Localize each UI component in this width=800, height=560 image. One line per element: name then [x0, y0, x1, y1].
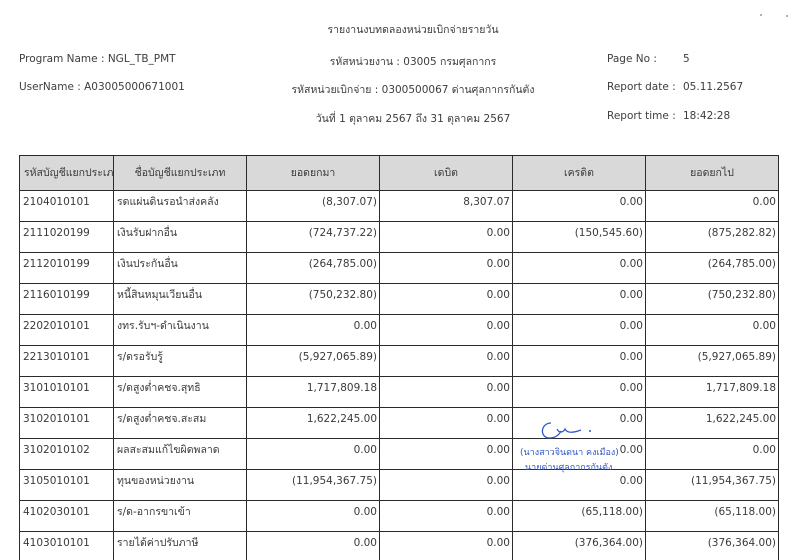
cell-account-code: 2213010101 — [20, 346, 114, 377]
agency-line: รหัสหน่วยงาน : 03005 กรมศุลกากร — [330, 53, 497, 70]
cell-account-name: หนี้สินหมุนเวียนอื่น — [114, 284, 247, 315]
table-row: 2116010199หนี้สินหมุนเวียนอื่น(750,232.8… — [20, 284, 779, 315]
cell-account-code: 3101010101 — [20, 377, 114, 408]
scan-speck — [760, 14, 762, 16]
cell-account-name: ร/ดรอรับรู้ — [114, 346, 247, 377]
table-row: 2112010199เงินประกันอื่น(264,785.00)0.00… — [20, 253, 779, 284]
report-time-value: 18:42:28 — [683, 110, 730, 122]
cell-account-code: 3102010102 — [20, 439, 114, 470]
cell-debit: 0.00 — [380, 408, 513, 439]
cell-debit: 0.00 — [380, 253, 513, 284]
cell-opening-balance: 0.00 — [247, 439, 380, 470]
cell-closing-balance: (65,118.00) — [646, 501, 779, 532]
cell-opening-balance: (264,785.00) — [247, 253, 380, 284]
cell-closing-balance: (5,927,065.89) — [646, 346, 779, 377]
cell-debit: 0.00 — [380, 377, 513, 408]
cell-credit: (150,545.60) — [513, 222, 646, 253]
cell-account-code: 4102030101 — [20, 501, 114, 532]
cell-closing-balance: (875,282.82) — [646, 222, 779, 253]
cell-credit: 0.00 — [513, 439, 646, 470]
cell-account-name: รดแผ่นดินรอนำส่งคลัง — [114, 191, 247, 222]
report-date-label: Report date : — [607, 81, 676, 93]
cell-debit: 8,307.07 — [380, 191, 513, 222]
cell-debit: 0.00 — [380, 501, 513, 532]
cell-debit: 0.00 — [380, 315, 513, 346]
cell-opening-balance: (750,232.80) — [247, 284, 380, 315]
cell-credit: (376,364.00) — [513, 532, 646, 560]
table-row: 4103010101รายได้ค่าปรับภาษี0.000.00(376,… — [20, 532, 779, 560]
cell-closing-balance: 0.00 — [646, 191, 779, 222]
col-header-opening-balance: ยอดยกมา — [247, 156, 380, 191]
cell-account-name: ร/ดสูงต่ำคชจ.สะสม — [114, 408, 247, 439]
cell-credit: 0.00 — [513, 377, 646, 408]
cell-debit: 0.00 — [380, 439, 513, 470]
report-title: รายงานงบทดลองหน่วยเบิกจ่ายรายวัน — [327, 21, 498, 38]
cell-closing-balance: 1,622,245.00 — [646, 408, 779, 439]
table-header-row: รหัสบัญชีแยกประเภท ชื่อบัญชีแยกประเภท ยอ… — [20, 156, 779, 191]
table-row: 2104010101รดแผ่นดินรอนำส่งคลัง(8,307.07)… — [20, 191, 779, 222]
table-row: 2111020199เงินรับฝากอื่น(724,737.22)0.00… — [20, 222, 779, 253]
cell-opening-balance: 1,717,809.18 — [247, 377, 380, 408]
col-header-account-code: รหัสบัญชีแยกประเภท — [20, 156, 114, 191]
cell-account-code: 3105010101 — [20, 470, 114, 501]
cell-credit: 0.00 — [513, 315, 646, 346]
cell-opening-balance: 1,622,245.00 — [247, 408, 380, 439]
cell-account-name: เงินประกันอื่น — [114, 253, 247, 284]
cell-closing-balance: 1,717,809.18 — [646, 377, 779, 408]
table-row: 3102010102ผลสะสมแก้ไขผิดพลาด0.000.000.00… — [20, 439, 779, 470]
scan-speck — [786, 15, 788, 17]
cell-account-name: รายได้ค่าปรับภาษี — [114, 532, 247, 560]
cell-account-code: 2116010199 — [20, 284, 114, 315]
cell-opening-balance: (5,927,065.89) — [247, 346, 380, 377]
col-header-credit: เครดิต — [513, 156, 646, 191]
cell-credit: 0.00 — [513, 470, 646, 501]
table-row: 3101010101ร/ดสูงต่ำคชจ.สุทธิ1,717,809.18… — [20, 377, 779, 408]
cell-account-name: ร/ด-อากรขาเข้า — [114, 501, 247, 532]
table-row: 4102030101ร/ด-อากรขาเข้า0.000.00(65,118.… — [20, 501, 779, 532]
cell-account-name: เงินรับฝากอื่น — [114, 222, 247, 253]
cell-opening-balance: 0.00 — [247, 315, 380, 346]
report-time-label: Report time : — [607, 110, 676, 122]
table-row: 2213010101ร/ดรอรับรู้(5,927,065.89)0.000… — [20, 346, 779, 377]
cell-closing-balance: (11,954,367.75) — [646, 470, 779, 501]
cell-credit: (65,118.00) — [513, 501, 646, 532]
table-row: 3102010101ร/ดสูงต่ำคชจ.สะสม1,622,245.000… — [20, 408, 779, 439]
cell-opening-balance: (8,307.07) — [247, 191, 380, 222]
cell-closing-balance: 0.00 — [646, 439, 779, 470]
cell-account-code: 2202010101 — [20, 315, 114, 346]
cell-closing-balance: 0.00 — [646, 315, 779, 346]
username: UserName : A03005000671001 — [19, 81, 185, 93]
table-row: 3105010101ทุนของหน่วยงาน(11,954,367.75)0… — [20, 470, 779, 501]
cell-debit: 0.00 — [380, 470, 513, 501]
cell-account-name: ทุนของหน่วยงาน — [114, 470, 247, 501]
cell-credit: 0.00 — [513, 284, 646, 315]
report-date-value: 05.11.2567 — [683, 81, 743, 93]
cell-account-name: งทร.รับฯ-ดำเนินงาน — [114, 315, 247, 346]
cell-credit: 0.00 — [513, 408, 646, 439]
col-header-closing-balance: ยอดยกไป — [646, 156, 779, 191]
table-row: 2202010101งทร.รับฯ-ดำเนินงาน0.000.000.00… — [20, 315, 779, 346]
cell-closing-balance: (264,785.00) — [646, 253, 779, 284]
cell-opening-balance: 0.00 — [247, 532, 380, 560]
disbursement-unit-line: รหัสหน่วยเบิกจ่าย : 0300500067 ด่านศุลกา… — [291, 81, 534, 98]
date-range-line: วันที่ 1 ตุลาคม 2567 ถึง 31 ตุลาคม 2567 — [316, 110, 511, 127]
cell-account-code: 2111020199 — [20, 222, 114, 253]
col-header-debit: เดบิต — [380, 156, 513, 191]
cell-account-code: 3102010101 — [20, 408, 114, 439]
cell-credit: 0.00 — [513, 191, 646, 222]
cell-opening-balance: 0.00 — [247, 501, 380, 532]
cell-account-name: ร/ดสูงต่ำคชจ.สุทธิ — [114, 377, 247, 408]
page-no-label: Page No : — [607, 53, 657, 65]
cell-debit: 0.00 — [380, 222, 513, 253]
col-header-account-name: ชื่อบัญชีแยกประเภท — [114, 156, 247, 191]
cell-credit: 0.00 — [513, 346, 646, 377]
cell-opening-balance: (11,954,367.75) — [247, 470, 380, 501]
cell-credit: 0.00 — [513, 253, 646, 284]
program-name: Program Name : NGL_TB_PMT — [19, 53, 176, 65]
cell-account-code: 2112010199 — [20, 253, 114, 284]
cell-account-code: 4103010101 — [20, 532, 114, 560]
cell-closing-balance: (376,364.00) — [646, 532, 779, 560]
cell-debit: 0.00 — [380, 284, 513, 315]
trial-balance-table: รหัสบัญชีแยกประเภท ชื่อบัญชีแยกประเภท ยอ… — [19, 155, 779, 560]
cell-opening-balance: (724,737.22) — [247, 222, 380, 253]
cell-account-code: 2104010101 — [20, 191, 114, 222]
cell-account-name: ผลสะสมแก้ไขผิดพลาด — [114, 439, 247, 470]
cell-debit: 0.00 — [380, 346, 513, 377]
cell-debit: 0.00 — [380, 532, 513, 560]
cell-closing-balance: (750,232.80) — [646, 284, 779, 315]
page-no-value: 5 — [683, 53, 690, 65]
